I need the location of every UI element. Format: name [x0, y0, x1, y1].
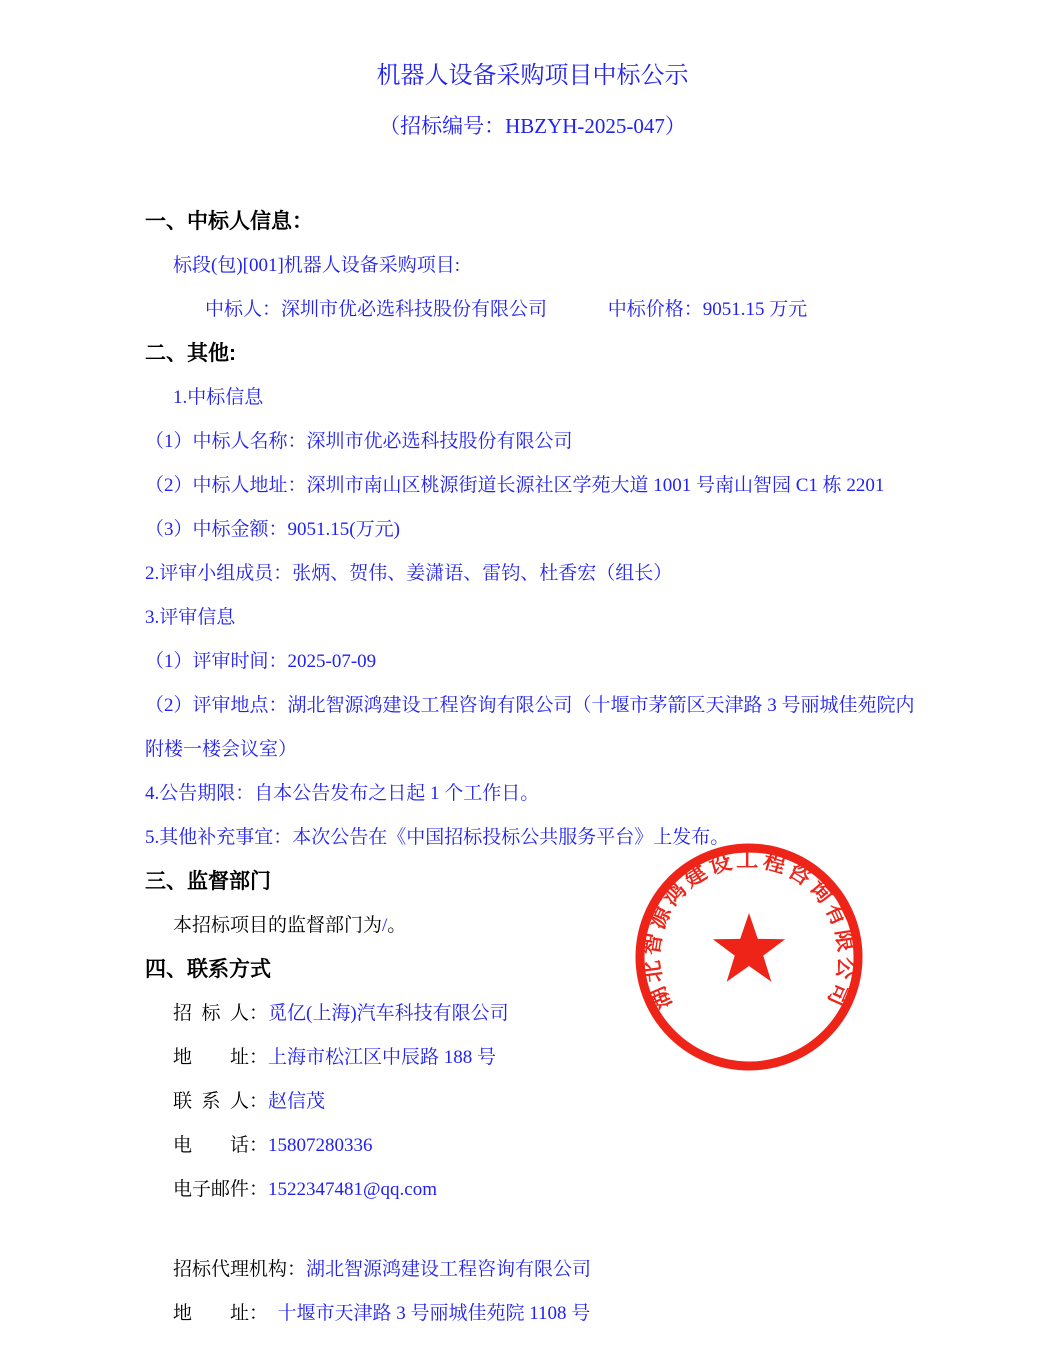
section-heading-contact: 四、联系方式 [145, 948, 920, 992]
other-item: 3.评审信息 [145, 596, 920, 640]
contact-label: 电 话： [173, 1135, 268, 1156]
contact-value: 15807280336 [268, 1135, 373, 1156]
agency-row-address: 地 址： 十堰市天津路 3 号丽城佳苑院 1108 号 [145, 1292, 920, 1336]
lot-line: 标段(包)[001]机器人设备采购项目: [145, 244, 920, 288]
agency-value: 十堰市天津路 3 号丽城佳苑院 1108 号 [268, 1303, 590, 1324]
other-item: 4.公告期限：自本公告发布之日起 1 个工作日。 [145, 772, 920, 816]
other-item: 2.评审小组成员：张炳、贺伟、姜潇语、雷钧、杜香宏（组长） [145, 552, 920, 596]
contact-value: 上海市松江区中辰路 188 号 [268, 1047, 496, 1068]
supervision-body: 本招标项目的监督部门为/。 [145, 904, 920, 948]
contact-row-phone: 电 话：15807280336 [145, 1124, 920, 1168]
other-item: （2）评审地点：湖北智源鸿建设工程咨询有限公司（十堰市茅箭区天津路 3 号丽城佳… [145, 684, 920, 772]
section-heading-winner-info: 一、中标人信息： [145, 200, 920, 244]
announcement-page: 机器人设备采购项目中标公示 （招标编号：HBZYH-2025-047） 一、中标… [0, 0, 1045, 1355]
agency-label: 地 址： [173, 1303, 268, 1324]
contact-value: 赵信茂 [268, 1091, 325, 1112]
other-item: （1）中标人名称：深圳市优必选科技股份有限公司 [145, 420, 920, 464]
agency-label: 招标代理机构： [173, 1259, 306, 1280]
bid-number: （招标编号：HBZYH-2025-047） [145, 104, 920, 148]
other-item: （1）评审时间：2025-07-09 [145, 640, 920, 684]
contact-row-person: 联 系 人：赵信茂 [145, 1080, 920, 1124]
contact-row-address: 地 址：上海市松江区中辰路 188 号 [145, 1036, 920, 1080]
supervision-text: 本招标项目的监督部门为 [173, 915, 382, 936]
section-heading-supervision: 三、监督部门 [145, 860, 920, 904]
document-body: 机器人设备采购项目中标公示 （招标编号：HBZYH-2025-047） 一、中标… [0, 0, 1045, 1336]
contact-label: 招 标 人： [173, 1003, 268, 1024]
supervision-period: 。 [387, 915, 406, 936]
contact-value: 1522347481@qq.com [268, 1179, 437, 1200]
section-heading-other: 二、其他: [145, 332, 920, 376]
other-item: （3）中标金额：9051.15(万元) [145, 508, 920, 552]
contact-row-email: 电子邮件：1522347481@qq.com [145, 1168, 920, 1212]
contact-label: 电子邮件： [173, 1179, 268, 1200]
other-item: （2）中标人地址：深圳市南山区桃源街道长源社区学苑大道 1001 号南山智园 C… [145, 464, 920, 508]
other-item: 1.中标信息 [145, 376, 920, 420]
winner-price-line: 中标人：深圳市优必选科技股份有限公司 中标价格：9051.15 万元 [145, 288, 920, 332]
winner-price: 中标价格：9051.15 万元 [608, 288, 808, 332]
contact-value: 觅亿(上海)汽车科技有限公司 [268, 1003, 509, 1024]
winner-name: 中标人：深圳市优必选科技股份有限公司 [205, 299, 547, 320]
contact-label: 地 址： [173, 1047, 268, 1068]
other-item: 5.其他补充事宜：本次公告在《中国招标投标公共服务平台》上发布。 [145, 816, 920, 860]
page-title: 机器人设备采购项目中标公示 [145, 56, 920, 96]
contact-row-tenderer: 招 标 人：觅亿(上海)汽车科技有限公司 [145, 992, 920, 1036]
agency-value: 湖北智源鸿建设工程咨询有限公司 [306, 1259, 591, 1280]
agency-row-name: 招标代理机构：湖北智源鸿建设工程咨询有限公司 [145, 1248, 920, 1292]
contact-label: 联 系 人： [173, 1091, 268, 1112]
